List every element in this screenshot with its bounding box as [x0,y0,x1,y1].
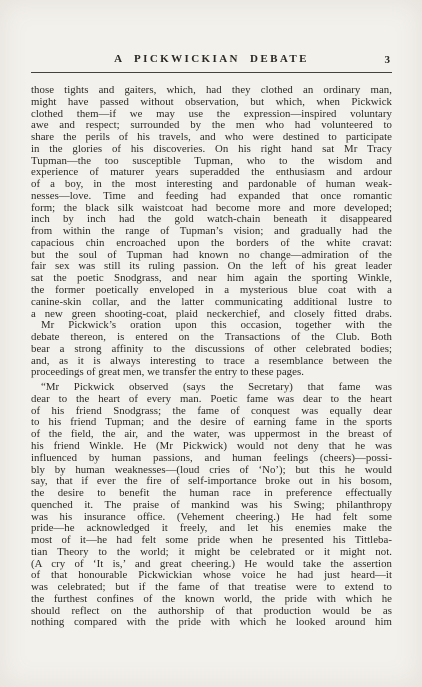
page-number: 3 [385,53,391,67]
text-line: might have passed without observation, b… [31,97,392,109]
text-line: canine-skin collar, and the latter commu… [31,297,392,309]
text-line: capacious chin encroached upon the borde… [31,238,392,250]
paragraph: “Mr Pickwick observed (says the Secretar… [31,382,392,629]
text-line: nothing compared with the pride with whi… [31,617,392,629]
body-text: those tights and gaiters, which, had the… [31,85,392,629]
running-header: A PICKWICKIAN DEBATE 3 [31,52,392,66]
text-line: bear a strong affinity to the discussion… [31,344,392,356]
text-line: proceedings of great men, we transfer th… [31,367,392,379]
text-line: those tights and gaiters, which, had the… [31,85,392,97]
text-line: tian Theory to the world; it might be ce… [31,547,392,559]
paragraph: those tights and gaiters, which, had the… [31,85,392,320]
paragraph: Mr Pickwick’s oration upon this occasion… [31,320,392,379]
text-line: nesses—love. Time and feeding had expand… [31,191,392,203]
text-line: dear to the heart of every man. Poetic f… [31,394,392,406]
text-line: influenced by human passions, and human … [31,453,392,465]
text-line: the furthest confines of the known world… [31,594,392,606]
text-line: in the glories of his discoveries. On hi… [31,144,392,156]
text-line: his friend Winkle. He (Mr Pickwick) woul… [31,441,392,453]
text-line: quenched it. The praise of mankind was h… [31,500,392,512]
book-page: A PICKWICKIAN DEBATE 3 those tights and … [0,0,422,687]
page-title: A PICKWICKIAN DEBATE [31,52,392,66]
header-rule [31,72,392,73]
page-inner: A PICKWICKIAN DEBATE 3 those tights and … [0,0,422,629]
